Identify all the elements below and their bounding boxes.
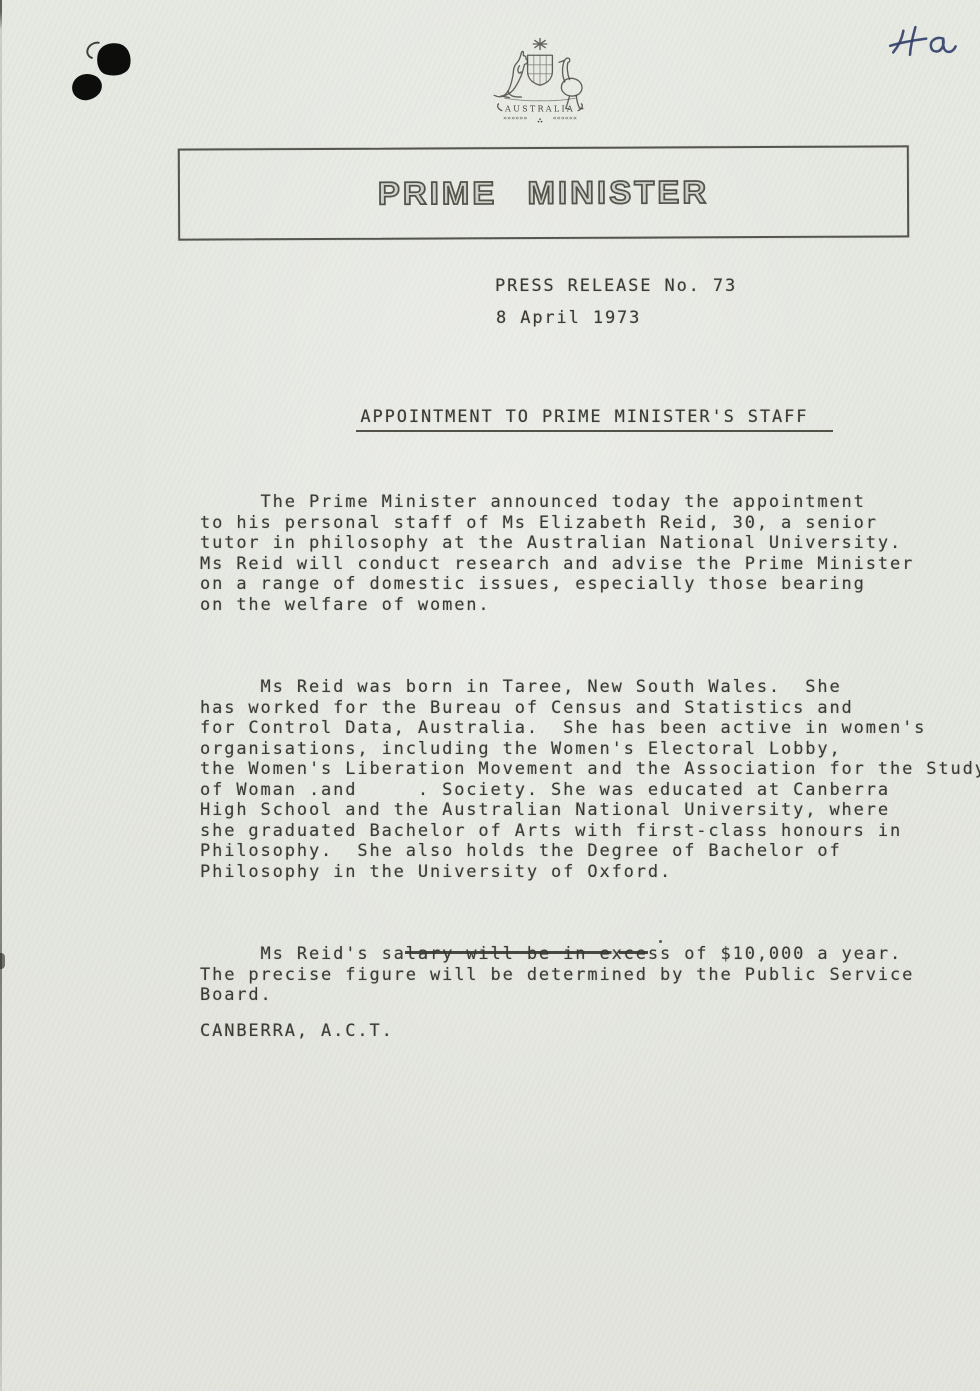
closing-rule-dot [659,940,662,943]
wreath-right: «««««« [553,114,577,122]
star-icon [533,39,546,50]
scan-edge-nick [0,953,5,969]
shield-icon [528,55,553,85]
release-number-line: PRESS RELEASE No. 73 [495,276,737,297]
emu-icon [559,58,583,109]
pen-stroke [890,39,926,46]
closing-rule [405,951,648,954]
headline: APPOINTMENT TO PRIME MINISTER'S STAFF [312,386,833,453]
handwritten-annotation-4a [888,20,962,68]
letterhead-title: PRIME MINISTER [378,174,710,212]
australian-coat-of-arms: AUSTRALIA »»»»»» «««««« [478,36,602,126]
scanned-press-release-page: AUSTRALIA »»»»»» «««««« PRIME MINISTER P… [0,0,980,1391]
scan-edge-shadow [0,0,4,1391]
sign-off-location: CANBERRA, A.C.T. [200,1021,394,1042]
pen-stroke [931,38,956,52]
letterhead-box: PRIME MINISTER [178,145,909,240]
body-text: The Prime Minister announced today the a… [200,451,980,1067]
wreath-left: »»»»»» [503,114,527,122]
paragraph-1: The Prime Minister announced today the a… [200,492,980,615]
australia-banner-label: AUSTRALIA [504,105,575,114]
paragraph-2: Ms Reid was born in Taree, New South Wal… [200,677,980,882]
ink-blot-small [70,72,103,102]
release-date-line: 8 April 1973 [496,308,641,329]
kangaroo-icon [494,51,527,97]
australia-banner: AUSTRALIA »»»»»» «««««« [498,98,583,122]
headline-text: APPOINTMENT TO PRIME MINISTER'S STAFF [356,407,833,433]
